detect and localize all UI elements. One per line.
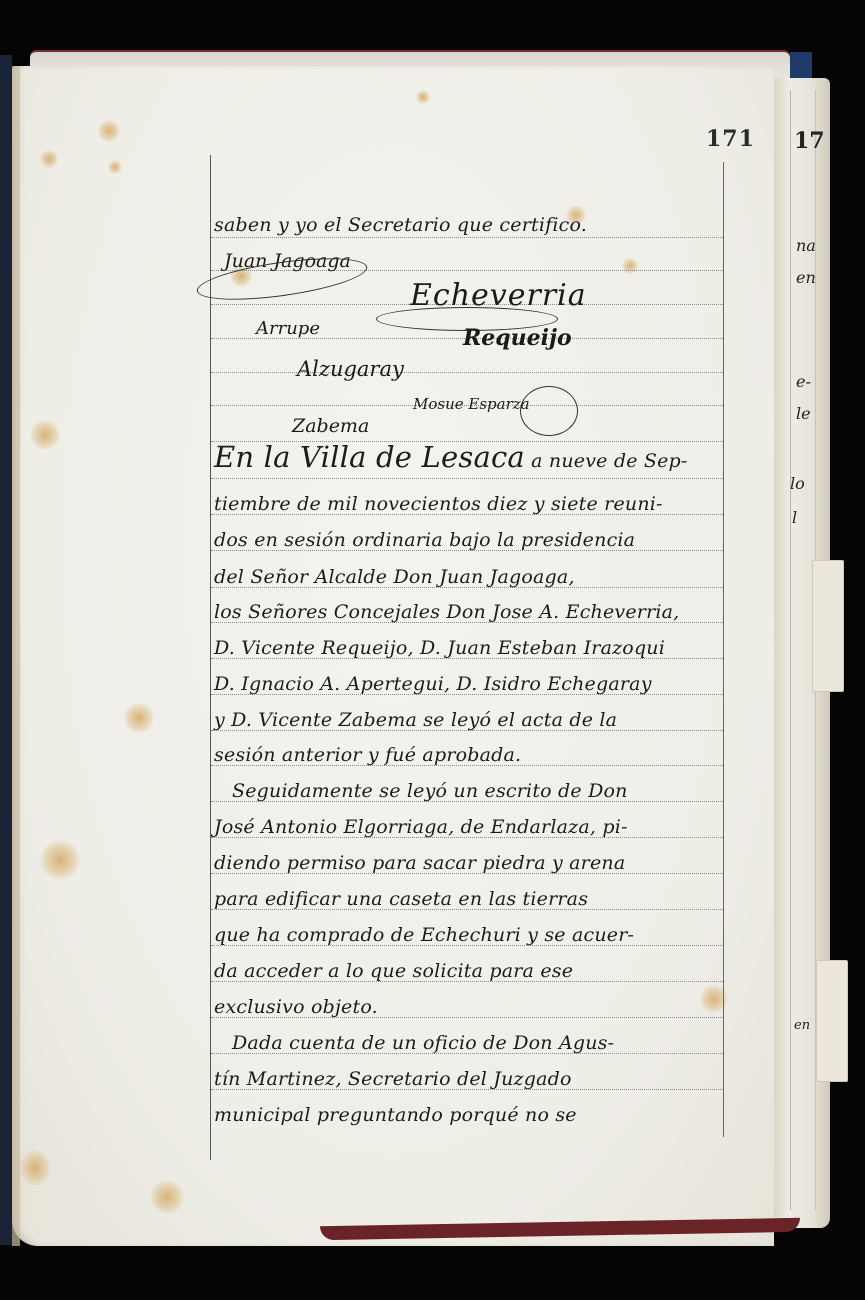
- adjacent-page-fragment: en: [796, 268, 816, 287]
- minutes-opening-line: En la Villa de Lesaca a nueve de Sep-: [214, 440, 724, 474]
- minutes-line: sesión anterior y fué aprobada.: [214, 744, 724, 766]
- minutes-line: da acceder a lo que solicita para ese: [214, 960, 724, 982]
- adjacent-page-fragment: na: [796, 236, 816, 255]
- closing-certification-line: saben y yo el Secretario que certifico.: [214, 214, 724, 236]
- minutes-line: tiembre de mil novecientos diez y siete …: [214, 493, 724, 515]
- minutes-line: y D. Vicente Zabema se leyó el acta de l…: [214, 709, 724, 731]
- foxing-stain: [124, 703, 154, 733]
- adjacent-page-fragment: en: [794, 1018, 810, 1033]
- minutes-line: para edificar una caseta en las tierras: [214, 888, 724, 910]
- foxing-stain: [20, 1150, 50, 1186]
- minutes-line: dos en sesión ordinaria bajo la presiden…: [214, 529, 724, 551]
- adjacent-page-fragment: lo: [790, 474, 805, 493]
- minutes-line: exclusivo objeto.: [214, 996, 724, 1018]
- book-cover-left-edge: [0, 55, 12, 1245]
- foxing-stain: [40, 150, 58, 168]
- opening-words: En la Villa de Lesaca: [214, 440, 525, 474]
- opening-rest: a nueve de Sep-: [525, 450, 688, 472]
- foxing-stain: [40, 840, 80, 880]
- foxing-stain: [30, 420, 60, 450]
- minutes-line: del Señor Alcalde Don Juan Jagoaga,: [214, 566, 724, 588]
- adjacent-page-fragment: e-: [796, 372, 811, 391]
- ruled-line: [211, 478, 723, 479]
- foxing-stain: [622, 258, 638, 274]
- minutes-line: tín Martinez, Secretario del Juzgado: [214, 1068, 724, 1090]
- foxing-stain: [416, 90, 430, 104]
- minutes-line: diendo permiso para sacar piedra y arena: [214, 852, 724, 874]
- minutes-line: D. Vicente Requeijo, D. Juan Esteban Ira…: [214, 637, 724, 659]
- foxing-stain: [150, 1180, 184, 1214]
- page-gutter-shadow: [12, 66, 20, 1246]
- ruled-line: [211, 237, 723, 238]
- foxing-stain: [108, 160, 122, 174]
- minutes-line: los Señores Concejales Don Jose A. Echev…: [214, 601, 724, 623]
- minutes-line: Dada cuenta de un oficio de Don Agus-: [232, 1032, 742, 1054]
- adjacent-page-fragment: l: [792, 508, 797, 527]
- minutes-line: que ha comprado de Echechuri y se acuer-: [214, 924, 724, 946]
- minutes-line: Seguidamente se leyó un escrito de Don: [232, 780, 742, 802]
- page-tab: [812, 560, 844, 692]
- foxing-stain: [98, 120, 120, 142]
- signature-flourish: [520, 386, 578, 436]
- signature-councillor: Zabema: [292, 415, 369, 437]
- minutes-line: José Antonio Elgorriaga, de Endarlaza, p…: [214, 816, 724, 838]
- signature-councillor: Requeijo: [463, 325, 572, 351]
- minutes-line: D. Ignacio A. Apertegui, D. Isidro Echeg…: [214, 673, 724, 695]
- signature-councillor: Alzugaray: [297, 357, 404, 381]
- page-tab: [816, 960, 848, 1082]
- page-number: 171: [706, 126, 755, 152]
- adjacent-page-number: 17: [794, 128, 825, 154]
- ruled-line: [211, 372, 723, 373]
- minutes-line: municipal preguntando porqué no se: [214, 1104, 724, 1126]
- signature-councillor: Arrupe: [256, 318, 320, 339]
- adjacent-page-fragment: le: [796, 404, 811, 423]
- signature-secretary: Mosue Esparza: [413, 395, 530, 413]
